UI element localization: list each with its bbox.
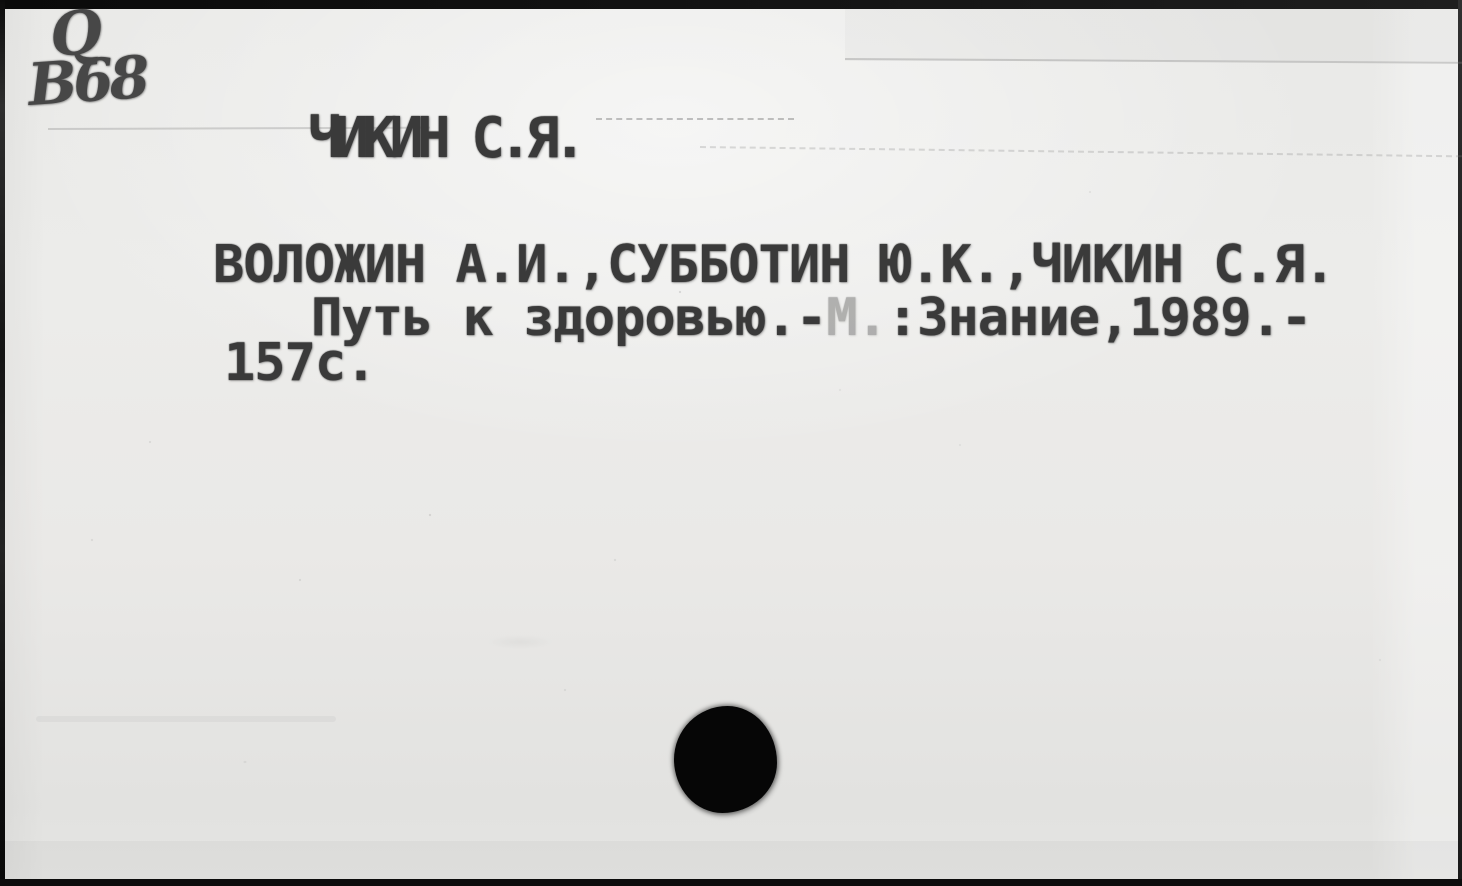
imprint-place: М. — [826, 288, 887, 348]
author-heading: ЧИКИН С.Я. — [308, 111, 580, 167]
scan-border-right — [1458, 0, 1462, 886]
call-number-cutter: В68 — [26, 48, 148, 114]
scan-border-bottom — [0, 879, 1462, 886]
card-crease-right — [700, 146, 1462, 157]
card-crease-middle — [596, 118, 794, 120]
paper-smudge — [36, 716, 336, 722]
title-imprint-line: Путь к здоровью.-М.:Знание,1989.- — [311, 292, 1311, 344]
title-text: Путь к здоровью.- — [311, 288, 826, 348]
catalog-card-scan: Q В68 ЧИКИН С.Я. ВОЛОЖИН А.И.,СУББОТИН Ю… — [0, 0, 1462, 886]
imprint-publisher-year: :Знание,1989.- — [887, 288, 1311, 348]
pagination-line: 157с. — [224, 337, 376, 389]
punch-hole — [674, 706, 777, 813]
authors-statement-line: ВОЛОЖИН А.И.,СУББОТИН Ю.К.,ЧИКИН С.Я. — [213, 239, 1334, 291]
scan-border-left — [0, 0, 5, 886]
scan-border-top — [0, 0, 1462, 9]
paper-shading-band — [0, 841, 1462, 879]
card-top-edge-line — [845, 58, 1462, 64]
